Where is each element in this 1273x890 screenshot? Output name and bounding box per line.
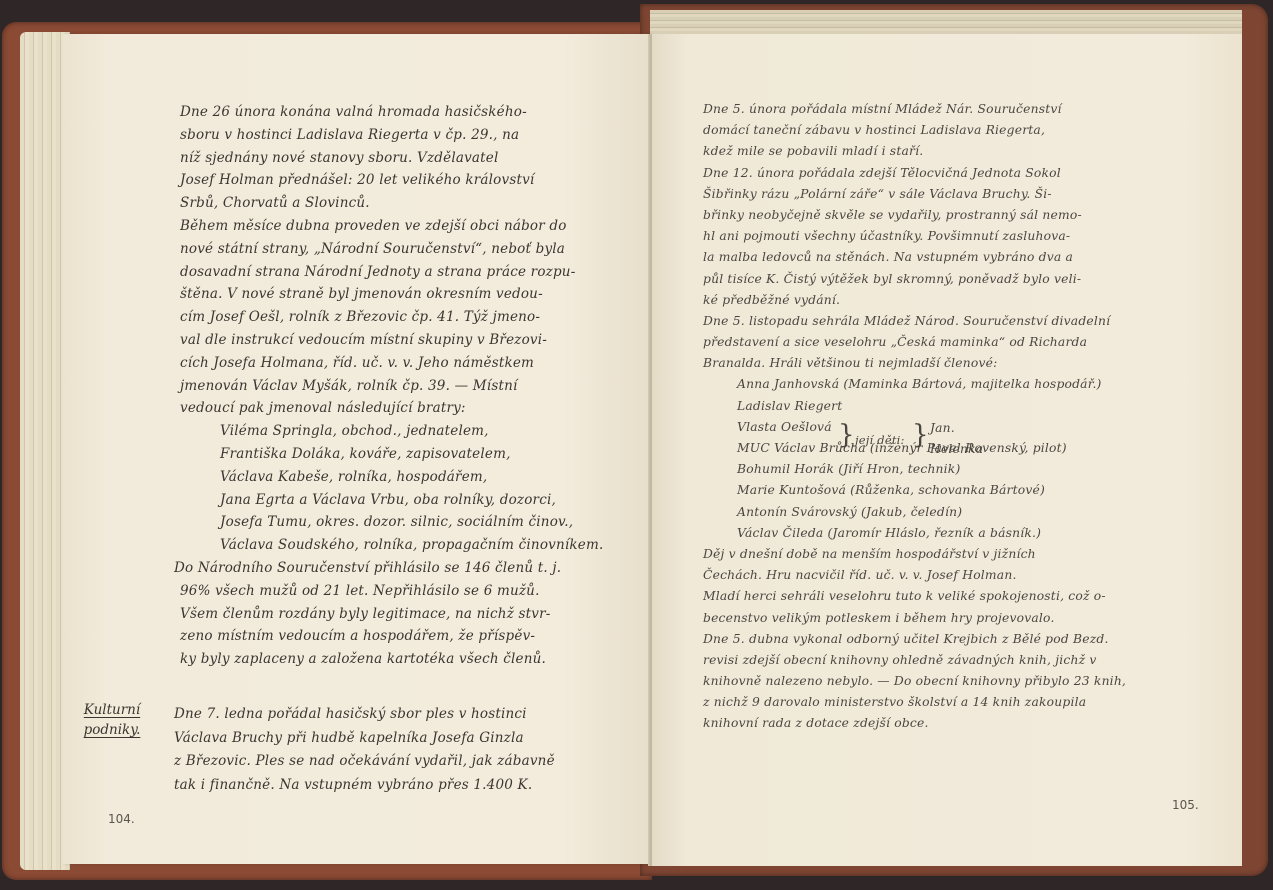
- text-line: Děj v dnešní době na menším hospodářství…: [703, 544, 1126, 565]
- text-line: Během měsíce dubna proveden ve zdejší ob…: [180, 215, 603, 238]
- text-line: sboru v hostinci Ladislava Riegerta v čp…: [180, 124, 603, 147]
- text-line: půl tisíce K. Čistý výtěžek byl skromný,…: [703, 269, 1126, 290]
- text-line: Čechách. Hru nacvičil říd. uč. v. v. Jos…: [703, 565, 1126, 586]
- child-name: Jan.: [930, 418, 983, 439]
- right-page-text: Dne 5. února pořádala místní Mládež Nár.…: [703, 99, 1126, 735]
- text-line: becenstvo velikým potleskem i během hry …: [703, 608, 1126, 629]
- margin-heading-kulturni-podniky: Kulturní podniky.: [70, 700, 154, 740]
- text-line: Do Národního Souručenství přihlásilo se …: [174, 557, 603, 580]
- text-line: z Březovic. Ples se nad očekávání vydaři…: [174, 750, 555, 774]
- text-line: cích Josefa Holmana, říd. uč. v. v. Jeho…: [180, 352, 603, 375]
- text-line: představení a sice veselohru „Česká mami…: [703, 332, 1126, 353]
- list-item: Václava Kabeše, rolníka, hospodářem,: [180, 466, 603, 489]
- text-line: ké předběžné vydání.: [703, 290, 1126, 311]
- text-line: dosavadní strana Národní Jednoty a stran…: [180, 261, 603, 284]
- text-line: Mladí herci sehráli veselohru tuto k vel…: [703, 586, 1126, 607]
- text-line: la malba ledovců na stěnách. Na vstupném…: [703, 247, 1126, 268]
- margin-heading-line: podniky.: [70, 720, 154, 740]
- cast-item: Bohumil Horák (Jiří Hron, technik): [703, 459, 1126, 480]
- text-line: hl ani pojmouti všechny účastníky. Povši…: [703, 226, 1126, 247]
- cast-item: Anna Janhovská (Maminka Bártová, majitel…: [703, 374, 1126, 395]
- page-number-left: 104.: [108, 812, 135, 826]
- text-line: cím Josef Oešl, rolník z Březovic čp. 41…: [180, 306, 603, 329]
- text-line: jmenován Václav Myšák, rolník čp. 39. — …: [180, 375, 603, 398]
- text-line: štěna. V nové straně byl jmenován okresn…: [180, 283, 603, 306]
- page-edges-top-right: [650, 10, 1242, 36]
- left-page-text: Dne 26 února konána valná hromada hasičs…: [180, 101, 603, 671]
- text-line: val dle instrukcí vedoucím místní skupin…: [180, 329, 603, 352]
- cast-item: Ladislav Riegert: [703, 396, 1126, 417]
- text-line: Dne 7. ledna pořádal hasičský sbor ples …: [174, 703, 555, 727]
- text-line: Branalda. Hráli většinou ti nejmladší čl…: [703, 353, 1126, 374]
- text-line: kdež mile se pobavili mladí i staří.: [703, 141, 1126, 162]
- cast-item: Václav Čileda (Jaromír Hláslo, řezník a …: [703, 523, 1126, 544]
- text-line: Šibřinky rázu „Polární záře“ v sále Václ…: [703, 184, 1126, 205]
- child-name: Helenka: [930, 439, 983, 460]
- culture-paragraph: Dne 7. ledna pořádal hasičský sbor ples …: [174, 703, 555, 797]
- children-list: Jan. Helenka: [930, 418, 983, 460]
- brace-icon: }: [838, 420, 855, 450]
- text-line: 96% všech mužů od 21 let. Nepřihlásilo s…: [180, 580, 603, 603]
- text-line: domácí taneční zábavu v hostinci Ladisla…: [703, 120, 1126, 141]
- text-line: tak i finančně. Na vstupném vybráno přes…: [174, 774, 555, 798]
- children-label: její děti:: [855, 430, 905, 451]
- margin-heading-line: Kulturní: [70, 700, 154, 720]
- list-item: Josefa Tumu, okres. dozor. silnic, sociá…: [180, 511, 603, 534]
- text-line: Dne 5. listopadu sehrála Mládež Národ. S…: [703, 311, 1126, 332]
- cast-item: Marie Kuntošová (Růženka, schovanka Bárt…: [703, 480, 1126, 501]
- text-line: nové státní strany, „Národní Souručenstv…: [180, 238, 603, 261]
- brace-icon: }: [912, 420, 929, 450]
- text-line: Dne 26 února konána valná hromada hasičs…: [180, 101, 603, 124]
- text-line: knihovně nalezeno nebylo. — Do obecní kn…: [703, 671, 1126, 692]
- text-line: knihovní rada z dotace zdejší obce.: [703, 713, 1126, 734]
- text-line: níž sjednány nové stanovy sboru. Vzdělav…: [180, 147, 603, 170]
- page-number-right: 105.: [1172, 798, 1199, 812]
- text-line: zeno místním vedoucím a hospodářem, že p…: [180, 625, 603, 648]
- cast-item: Antonín Svárovský (Jakub, čeledín): [703, 502, 1126, 523]
- text-line: břinky neobyčejně skvěle se vydařily, pr…: [703, 205, 1126, 226]
- text-line: Všem členům rozdány byly legitimace, na …: [180, 603, 603, 626]
- text-line: Josef Holman přednášel: 20 let velikého …: [180, 169, 603, 192]
- text-line: Dne 5. února pořádala místní Mládež Nár.…: [703, 99, 1126, 120]
- text-line: Dne 12. února pořádala zdejší Tělocvičná…: [703, 163, 1126, 184]
- text-line: vedoucí pak jmenoval následující bratry:: [180, 397, 603, 420]
- text-line: Srbů, Chorvatů a Slovinců.: [180, 192, 603, 215]
- list-item: Františka Doláka, kováře, zapisovatelem,: [180, 443, 603, 466]
- text-line: revisi zdejší obecní knihovny ohledně zá…: [703, 650, 1126, 671]
- list-item: Jana Egrta a Václava Vrbu, oba rolníky, …: [180, 489, 603, 512]
- list-item: Václava Soudského, rolníka, propagačním …: [180, 534, 603, 557]
- list-item: Viléma Springla, obchod., jednatelem,: [180, 420, 603, 443]
- text-line: Václava Bruchy při hudbě kapelníka Josef…: [174, 727, 555, 751]
- text-line: Dne 5. dubna vykonal odborný učitel Krej…: [703, 629, 1126, 650]
- text-line: ky byly zaplaceny a založena kartotéka v…: [180, 648, 603, 671]
- text-line: z nichž 9 darovalo ministerstvo školství…: [703, 692, 1126, 713]
